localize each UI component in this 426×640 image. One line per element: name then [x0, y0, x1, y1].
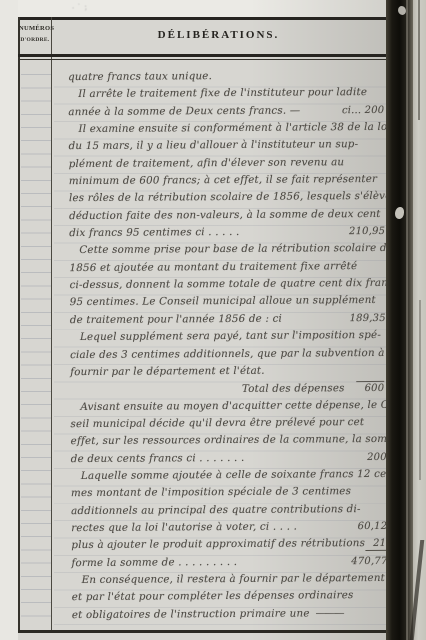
manuscript-line-text: et par l'état pour compléter les dépense…	[72, 589, 354, 603]
manuscript-amount: 60,12	[350, 521, 388, 532]
manuscript-line: Cette somme prise pour base de la rétrib…	[69, 242, 385, 262]
manuscript-line: ciale des 3 centimes additionnels, que p…	[70, 346, 386, 366]
manuscript-amount: 600	[357, 381, 385, 394]
manuscript-line: plus à ajouter le produit approximatif d…	[71, 537, 387, 557]
binding-paper-spot	[398, 6, 406, 15]
manuscript-line: mes montant de l'imposition spéciale de …	[71, 485, 387, 505]
manuscript-line-text: plément de traitement, afin d'élever son…	[69, 156, 345, 170]
manuscript-line-text: ci-dessus, donnent la somme totale de qu…	[70, 277, 400, 291]
manuscript-line: seil municipal décide qu'il devra être p…	[70, 416, 386, 436]
manuscript-line: effet, sur les ressources ordinaires de …	[71, 433, 387, 453]
manuscript-amount: 200	[359, 451, 387, 462]
manuscript-line-text: seil municipal décide qu'il devra être p…	[70, 416, 364, 430]
manuscript-line-text: Cette somme prise pour base de la rétrib…	[79, 242, 393, 256]
manuscript-line: de deux cents francs ci . . . . . . . 20…	[71, 450, 387, 470]
table-top-border	[18, 17, 389, 20]
manuscript-line-text: et obligatoires de l'instruction primair…	[72, 607, 344, 621]
manuscript-line-text: 1856 et ajoutée au montant du traitement…	[69, 260, 357, 274]
table-bottom-border	[18, 630, 389, 633]
manuscript-line-text: Lequel supplément sera payé, tant sur l'…	[80, 329, 381, 343]
manuscript-line-text: plus à ajouter le produit approximatif d…	[71, 537, 365, 551]
manuscript-line-text: Laquelle somme ajoutée à celle de soixan…	[81, 468, 405, 482]
manuscript-line-text: minimum de 600 francs; à cet effet, il s…	[69, 173, 377, 187]
manuscript-line: et par l'état pour compléter les dépense…	[72, 589, 388, 609]
manuscript-line-text: Il arrête le traitement fixe de l'instit…	[78, 86, 367, 100]
manuscript-line-text: additionnels au principal des quatre con…	[71, 503, 361, 517]
manuscript-line-text: année à la somme de Deux cents francs. —	[68, 104, 300, 118]
manuscript-line: du 15 mars, il y a lieu d'allouer à l'in…	[69, 138, 385, 158]
manuscript-line-text: dix francs 95 centimes ci . . . . .	[69, 226, 239, 239]
adjacent-page-edge	[413, 0, 426, 640]
ordre-header-line2: D'ORDRE.	[19, 37, 51, 43]
manuscript-line-text: Total des dépenses	[242, 382, 345, 395]
manuscript-line-text: 95 centimes. Le Conseil municipal alloue…	[70, 294, 376, 308]
manuscript-line-text: forme la somme de . . . . . . . . .	[71, 556, 237, 569]
ordre-column-divider	[51, 17, 52, 632]
manuscript-line-text: de traitement pour l'année 1856 de : ci	[70, 312, 282, 325]
manuscript-line: Lequel supplément sera payé, tant sur l'…	[70, 329, 386, 349]
binding-light-streak	[406, 0, 408, 640]
manuscript-line-text: de deux cents francs ci . . . . . . .	[71, 451, 245, 464]
manuscript-line-text: mes montant de l'imposition spéciale de …	[71, 485, 351, 499]
page-edge-streak	[419, 300, 421, 480]
ordre-column-ruled-lines	[21, 62, 51, 628]
manuscript-line-text: effet, sur les ressources ordinaires de …	[71, 433, 404, 447]
paper-left-margin	[0, 0, 18, 640]
manuscript-line: Avisant ensuite au moyen d'acquitter cet…	[70, 398, 386, 418]
ordre-header-line1: NUMÉROS	[19, 25, 51, 32]
manuscript-line: 95 centimes. Le Conseil municipal alloue…	[70, 294, 386, 314]
binding-paper-spot	[395, 207, 404, 219]
manuscript-amount: 210,95	[341, 226, 385, 237]
manuscript-line-text: Il examine ensuite si conformément à l'a…	[78, 121, 390, 135]
manuscript-amount: 189,35	[342, 313, 386, 324]
page-title: DÉLIBÉRATIONS.	[51, 29, 386, 41]
manuscript-line: fournir par le département et l'état.	[70, 364, 386, 384]
book-binding-shadow	[386, 0, 413, 640]
manuscript-line-text: les rôles de la rétribution scolaire de …	[69, 190, 403, 204]
manuscript-line: Total des dépenses 600	[70, 381, 386, 401]
manuscript-line-text: ciale des 3 centimes additionnels, que p…	[70, 346, 385, 360]
table-left-border	[18, 17, 20, 632]
manuscript-line: déduction faite des non-valeurs, à la so…	[69, 208, 385, 228]
manuscript-line: Il arrête le traitement fixe de l'instit…	[68, 86, 384, 106]
manuscript-line-text: du 15 mars, il y a lieu d'allouer à l'in…	[69, 138, 359, 152]
manuscript-line-text: déduction faite des non-valeurs, à la so…	[69, 208, 381, 222]
manuscript-amount: ci... 200	[334, 105, 384, 116]
manuscript-line-text: En conséquence, il restera à fournir par…	[82, 572, 385, 586]
manuscript-line: et obligatoires de l'instruction primair…	[72, 607, 388, 627]
manuscript-line: année à la somme de Deux cents francs. —…	[68, 104, 384, 124]
manuscript-line-text: Avisant ensuite au moyen d'acquitter cet…	[80, 398, 405, 412]
manuscript-line-text: rectes que la loi l'autorise à voter, ci…	[71, 520, 297, 534]
ordre-column-header: NUMÉROS D'ORDRE.	[19, 25, 51, 43]
manuscript-line: additionnels au principal des quatre con…	[71, 502, 387, 522]
manuscript-text: quatre francs taux unique. Il arrête le …	[68, 69, 388, 626]
manuscript-line: les rôles de la rétribution scolaire de …	[69, 190, 385, 210]
manuscript-line-text: quatre francs taux unique.	[68, 70, 212, 83]
scanned-register-page: ·˙; NUMÉROS D'ORDRE. DÉLIBÉRATIONS. quat…	[0, 0, 426, 640]
manuscript-line: 1856 et ajoutée au montant du traitement…	[69, 260, 385, 280]
manuscript-amount: 470,77	[343, 556, 387, 567]
header-separator-rule	[18, 54, 389, 60]
page-edge-streak	[418, 0, 420, 120]
manuscript-line: forme la somme de . . . . . . . . . 470,…	[71, 555, 387, 575]
manuscript-line-text: fournir par le département et l'état.	[70, 365, 265, 378]
